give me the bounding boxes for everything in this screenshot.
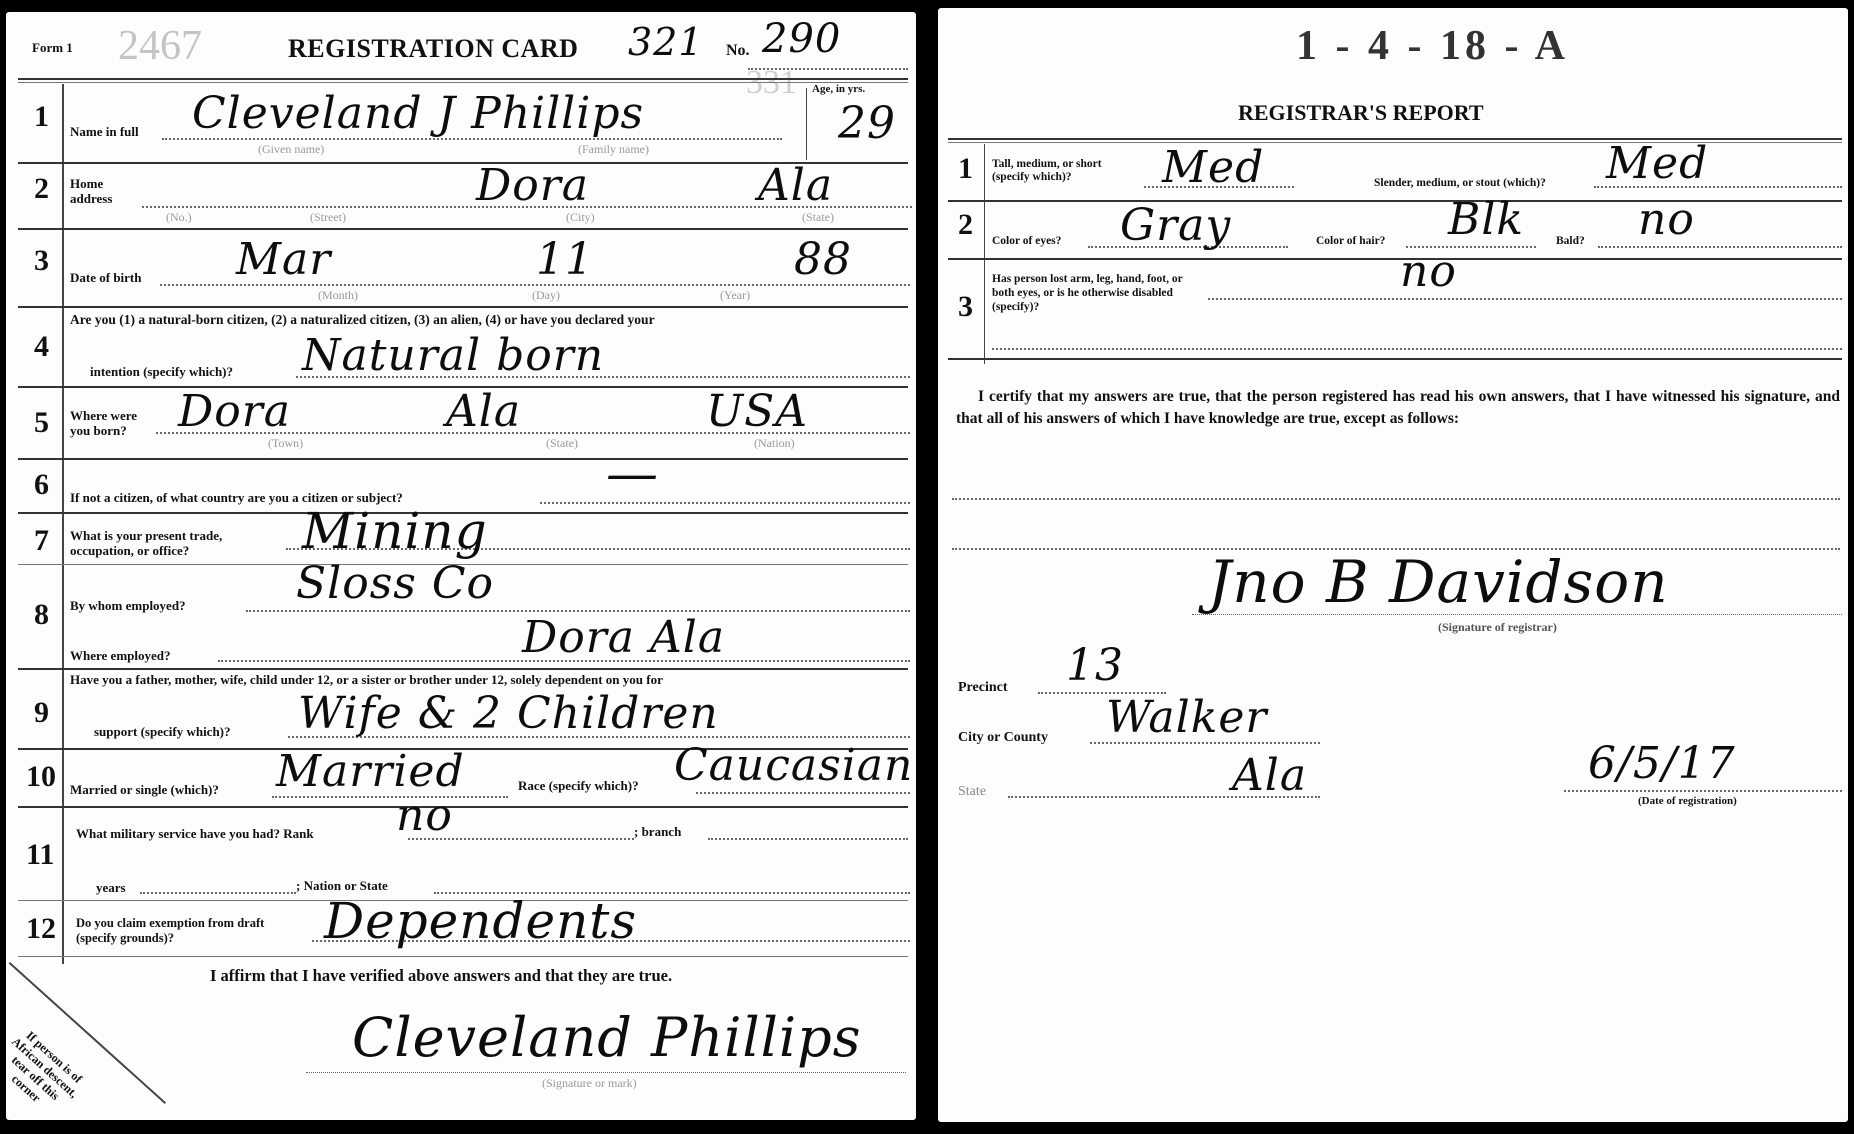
row-number: 1 (958, 152, 973, 186)
row-number: 3 (34, 244, 49, 278)
dob-label: Date of birth (70, 270, 142, 285)
tear-off-corner-note: If person is of African descent, tear of… (0, 1024, 90, 1121)
row-number: 8 (34, 598, 49, 632)
row-number: 7 (34, 524, 49, 558)
age-value: 29 (838, 98, 896, 149)
bald-value: no (1638, 194, 1695, 245)
registration-date-value: 6/5/17 (1588, 738, 1736, 789)
occupation-label: What is your present trade, occupation, … (70, 528, 270, 558)
county-value: Walker (1106, 692, 1267, 743)
height-label: Tall, medium, or short (specify which)? (992, 158, 1142, 184)
nation-state-label: ; Nation or State (296, 878, 388, 893)
dependents-label: support (specify which)? (94, 724, 231, 739)
height-value: Med (1162, 142, 1264, 193)
no-label: No. (726, 42, 750, 60)
citizenship-label: intention (specify which)? (90, 364, 233, 379)
dependents-question: Have you a father, mother, wife, child u… (70, 672, 663, 687)
registrar-signature-label: (Signature of registrar) (1438, 620, 1557, 635)
sublabel: (Street) (310, 210, 346, 225)
age-label: Age, in yrs. (812, 82, 865, 97)
build-value: Med (1606, 138, 1708, 189)
sublabel: (Year) (720, 288, 750, 303)
sublabel: (State) (546, 436, 578, 451)
state-label: State (958, 784, 986, 799)
row-number: 2 (958, 208, 973, 242)
row-number: 3 (958, 290, 973, 324)
row-number: 10 (26, 760, 56, 794)
stamp-number: 2467 (118, 22, 202, 70)
sublabel: (No.) (166, 210, 192, 225)
disability-value: no (1400, 246, 1457, 297)
sublabel: (Family name) (578, 142, 649, 157)
citizenship-value: Natural born (302, 330, 604, 381)
dob-month: Mar (236, 234, 331, 285)
precinct-label: Precinct (958, 680, 1008, 695)
serial-handwritten: 321 (628, 20, 704, 64)
registration-date-label: (Date of registration) (1638, 794, 1737, 809)
birth-state: Ala (446, 386, 521, 437)
county-label: City or County (958, 730, 1048, 745)
dob-year: 88 (794, 234, 852, 285)
birthplace-label: Where were you born? (70, 408, 142, 438)
employment-place-value: Dora Ala (522, 612, 725, 663)
row-number: 9 (34, 696, 49, 730)
row-number: 1 (34, 100, 49, 134)
dependents-value: Wife & 2 Children (298, 688, 719, 739)
build-label: Slender, medium, or stout (which)? (1374, 176, 1546, 191)
employer-value: Sloss Co (296, 558, 494, 609)
eye-color-label: Color of eyes? (992, 234, 1061, 249)
eye-color-value: Gray (1120, 200, 1231, 251)
race-label: Race (specify which)? (518, 778, 639, 793)
years-label: years (96, 880, 126, 895)
employer-label: By whom employed? (70, 598, 186, 613)
affirmation-text: I affirm that I have verified above answ… (210, 966, 672, 986)
birth-nation: USA (706, 386, 808, 437)
row-number: 12 (26, 912, 56, 946)
sublabel: (Given name) (258, 142, 324, 157)
hair-color-label: Color of hair? (1316, 234, 1385, 249)
row-number: 11 (26, 838, 54, 872)
row-number: 5 (34, 406, 49, 440)
dob-day: 11 (536, 234, 594, 285)
home-address-label: Homeaddress (70, 176, 112, 206)
sublabel: (State) (802, 210, 834, 225)
race-value: Caucasian (674, 740, 913, 791)
row-number: 4 (34, 330, 49, 364)
marital-label: Married or single (which)? (70, 782, 219, 797)
sublabel: (Month) (318, 288, 358, 303)
hair-color-value: Blk (1448, 194, 1524, 245)
registrant-signature: Cleveland Phillips (352, 1006, 861, 1069)
precinct-value: 13 (1066, 640, 1124, 691)
report-stamp: 1 - 4 - 18 - A (1296, 22, 1569, 70)
row-number: 2 (34, 172, 49, 206)
sublabel: (Day) (532, 288, 560, 303)
employment-place-label: Where employed? (70, 648, 171, 663)
signature-label: (Signature or mark) (542, 1076, 637, 1091)
registrar-signature: Jno B Davidson (1208, 548, 1669, 616)
exemption-value: Dependents (324, 892, 637, 950)
branch-label: ; branch (634, 824, 681, 839)
card-title: REGISTRATION CARD (288, 34, 578, 64)
registration-number: 290 (762, 16, 841, 62)
registration-card: Form 1 2467 REGISTRATION CARD 321 No. 29… (6, 12, 916, 1120)
home-city-value: Dora (476, 160, 589, 211)
form-label: Form 1 (32, 40, 73, 56)
military-value: no (396, 790, 453, 841)
row-number: 6 (34, 468, 49, 502)
name-label: Name in full (70, 124, 139, 139)
sublabel: (Nation) (754, 436, 795, 451)
foreign-citizen-value: — (606, 444, 659, 504)
sublabel: (Town) (268, 436, 303, 451)
home-state-value: Ala (758, 160, 833, 211)
certification-text: I certify that my answers are true, that… (956, 386, 1840, 430)
name-value: Cleveland J Phillips (192, 88, 644, 139)
occupation-value: Mining (302, 502, 488, 560)
military-label: What military service have you had? Rank (76, 826, 314, 841)
exemption-label: Do you claim exemption from draft (speci… (76, 916, 266, 946)
registrars-report-card: 1 - 4 - 18 - A REGISTRAR'S REPORT 1 Tall… (938, 8, 1848, 1122)
disability-label: Has person lost arm, leg, hand, foot, or… (992, 272, 1192, 314)
report-title: REGISTRAR'S REPORT (1238, 100, 1484, 126)
state-value: Ala (1232, 750, 1307, 801)
bald-label: Bald? (1556, 234, 1585, 249)
citizenship-question: Are you (1) a natural-born citizen, (2) … (70, 312, 655, 327)
sublabel: (City) (566, 210, 595, 225)
birth-town: Dora (178, 386, 291, 437)
